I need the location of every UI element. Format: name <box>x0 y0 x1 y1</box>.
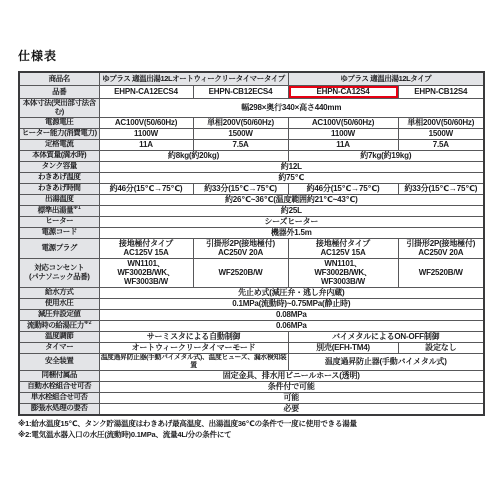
row-label-cell: 電源プラグ <box>19 238 99 258</box>
footnote-1: ※1:給水温度15℃、タンク貯湯温度はわきあげ最高温度、出湯温度36℃の条件で一… <box>18 419 483 430</box>
table-row: わきあげ時間約46分(15℃→75℃)約33分(15℃→75℃)約46分(15℃… <box>19 183 484 194</box>
spec-value-cell: 0.1MPa(流動時)~0.75MPa(静止時) <box>99 298 484 309</box>
spec-value-cell: 1500W <box>398 128 484 139</box>
spec-value-cell: 可能 <box>99 392 484 403</box>
spec-value-cell: 11A <box>288 139 398 150</box>
row-label-cell: ヒーター <box>19 216 99 227</box>
footnotes: ※1:給水温度15℃、タンク貯湯温度はわきあげ最高温度、出湯温度36℃の条件で一… <box>18 419 483 441</box>
footnote-2: ※2:電気温水器入口の水圧(流動時)0.1MPa、流量4L/分の条件にて <box>18 430 483 441</box>
spec-value-cell: 温度過昇防止器(手動バイメタル式)、温度ヒューズ、漏水検知装置 <box>99 353 288 370</box>
spec-value-cell: AC100V(50/60Hz) <box>99 117 193 128</box>
row-label-cell: ヒーター能力(消費電力) <box>19 128 99 139</box>
row-label-cell: 流動時の給湯圧力※2 <box>19 320 99 331</box>
table-row: タンク容量約12L <box>19 161 484 172</box>
row-label-cell: 電源コード <box>19 227 99 238</box>
spec-value-cell: バイメタルによるON-OFF制御 <box>288 331 484 342</box>
spec-value-cell: 接地極付タイプ AC125V 15A <box>288 238 398 258</box>
spec-sheet-page: 仕様表 商品名ゆプラス 適温出湯12Lオートウィークリータイマータイプゆプラス … <box>0 0 500 441</box>
table-row: 電源電圧AC100V(50/60Hz)単相200V(50/60Hz)AC100V… <box>19 117 484 128</box>
row-label-cell: 使用水圧 <box>19 298 99 309</box>
table-row: 安全装置温度過昇防止器(手動バイメタル式)、温度ヒューズ、漏水検知装置温度過昇防… <box>19 353 484 370</box>
spec-value-cell: 引掛形2P(接地極付) AC250V 20A <box>193 238 288 258</box>
highlighted-model-cell: EHPN-CA12S4 <box>288 86 398 99</box>
spec-value-cell: WN1101、 WF3002B/WK、 WF3003B/W <box>288 258 398 287</box>
table-row: 膨張水処理の要否必要 <box>19 403 484 415</box>
spec-value-cell: 1100W <box>99 128 193 139</box>
spec-value-cell: EHPN-CB12S4 <box>398 86 484 99</box>
footnote-marker: ※2 <box>84 320 92 326</box>
spec-value-cell: オートウィークリータイマーモード <box>99 342 288 353</box>
table-row: 出湯温度約26℃~36℃(温度範囲約21℃~43℃) <box>19 194 484 205</box>
spec-value-cell: 別売(EFH-TM4) <box>288 342 398 353</box>
table-row: 定格電流11A7.5A11A7.5A <box>19 139 484 150</box>
spec-value-cell: 条件付で可能 <box>99 381 484 392</box>
spec-value-cell: 0.06MPa <box>99 320 484 331</box>
row-label-cell: 出湯温度 <box>19 194 99 205</box>
spec-value-cell: 温度過昇防止器(手動バイメタル式) <box>288 353 484 370</box>
spec-value-cell: WF2520B/W <box>398 258 484 287</box>
spec-value-cell: 約12L <box>99 161 484 172</box>
table-row: 減圧弁設定値0.08MPa <box>19 309 484 320</box>
table-row: 品番EHPN-CA12ECS4EHPN-CB12ECS4EHPN-CA12S4E… <box>19 86 484 99</box>
row-label-cell: 膨張水処理の要否 <box>19 403 99 415</box>
spec-value-cell: WF2520B/W <box>193 258 288 287</box>
table-row: 同梱付属品固定金具、排水用ビニールホース(透明) <box>19 370 484 381</box>
spec-value-cell: 引掛形2P(接地極付) AC250V 20A <box>398 238 484 258</box>
spec-value-cell: 約25L <box>99 205 484 216</box>
spec-value-cell: 約46分(15℃→75℃) <box>288 183 398 194</box>
spec-value-cell: EHPN-CA12ECS4 <box>99 86 193 99</box>
spec-value-cell: 約8kg(約20kg) <box>99 150 288 161</box>
spec-value-cell: シーズヒーター <box>99 216 484 227</box>
row-label-cell: 品番 <box>19 86 99 99</box>
spec-value-cell: 約26℃~36℃(温度範囲約21℃~43℃) <box>99 194 484 205</box>
spec-value-cell: 設定なし <box>398 342 484 353</box>
footnote-marker: ※1 <box>73 205 81 211</box>
spec-value-cell: 約33分(15℃→75℃) <box>193 183 288 194</box>
spec-value-cell: 7.5A <box>193 139 288 150</box>
row-label-cell: わきあげ時間 <box>19 183 99 194</box>
table-row: 本体質量(満水時)約8kg(約20kg)約7kg(約19kg) <box>19 150 484 161</box>
spec-value-cell: 約33分(15℃→75℃) <box>398 183 484 194</box>
row-label-cell: 電源電圧 <box>19 117 99 128</box>
table-row: 流動時の給湯圧力※20.06MPa <box>19 320 484 331</box>
row-label-cell: 同梱付属品 <box>19 370 99 381</box>
table-row: 電源プラグ接地極付タイプ AC125V 15A引掛形2P(接地極付) AC250… <box>19 238 484 258</box>
spec-value-cell: 1100W <box>288 128 398 139</box>
page-title: 仕様表 <box>18 47 483 64</box>
table-row: タイマーオートウィークリータイマーモード別売(EFH-TM4)設定なし <box>19 342 484 353</box>
spec-table: 商品名ゆプラス 適温出湯12Lオートウィークリータイマータイプゆプラス 適温出湯… <box>18 71 485 416</box>
spec-value-cell: 1500W <box>193 128 288 139</box>
spec-value-cell: 約7kg(約19kg) <box>288 150 484 161</box>
row-label-cell: 自動水栓組合せ可否 <box>19 381 99 392</box>
spec-value-cell: 固定金具、排水用ビニールホース(透明) <box>99 370 484 381</box>
spec-value-cell: 幅298×奥行340×高さ440mm <box>99 99 484 118</box>
table-row: 本体寸法(突出部寸法含む)幅298×奥行340×高さ440mm <box>19 99 484 118</box>
table-row: わきあげ温度約75℃ <box>19 172 484 183</box>
row-label-cell: 定格電流 <box>19 139 99 150</box>
table-row: 商品名ゆプラス 適温出湯12Lオートウィークリータイマータイプゆプラス 適温出湯… <box>19 72 484 86</box>
spec-value-cell: 機器外1.5m <box>99 227 484 238</box>
row-label-cell: 本体質量(満水時) <box>19 150 99 161</box>
spec-value-cell: 0.08MPa <box>99 309 484 320</box>
spec-value-cell: 接地極付タイプ AC125V 15A <box>99 238 193 258</box>
row-label-cell: タイマー <box>19 342 99 353</box>
row-label-cell: 標準出湯量※1 <box>19 205 99 216</box>
spec-value-cell: 約75℃ <box>99 172 484 183</box>
row-label-cell: わきあげ温度 <box>19 172 99 183</box>
spec-value-cell: 単相200V(50/60Hz) <box>398 117 484 128</box>
table-row: ヒーターシーズヒーター <box>19 216 484 227</box>
row-label-cell: 対応コンセント (パナソニック品番) <box>19 258 99 287</box>
spec-value-cell: WN1101、 WF3002B/WK、 WF3003B/W <box>99 258 193 287</box>
spec-value-cell: 約46分(15℃→75℃) <box>99 183 193 194</box>
spec-value-cell: 7.5A <box>398 139 484 150</box>
table-row: 温度調節サーミスタによる自動制御バイメタルによるON-OFF制御 <box>19 331 484 342</box>
spec-value-cell: AC100V(50/60Hz) <box>288 117 398 128</box>
table-row: 標準出湯量※1約25L <box>19 205 484 216</box>
row-label-cell: 商品名 <box>19 72 99 86</box>
spec-value-cell: EHPN-CB12ECS4 <box>193 86 288 99</box>
spec-value-cell: サーミスタによる自動制御 <box>99 331 288 342</box>
spec-table-body: 商品名ゆプラス 適温出湯12Lオートウィークリータイマータイプゆプラス 適温出湯… <box>19 72 484 415</box>
row-label-cell: タンク容量 <box>19 161 99 172</box>
spec-value-cell: 単相200V(50/60Hz) <box>193 117 288 128</box>
row-label-cell: 給水方式 <box>19 287 99 298</box>
table-row: 自動水栓組合せ可否条件付で可能 <box>19 381 484 392</box>
spec-value-cell: 必要 <box>99 403 484 415</box>
spec-value-cell: ゆプラス 適温出湯12Lオートウィークリータイマータイプ <box>99 72 288 86</box>
table-row: 使用水圧0.1MPa(流動時)~0.75MPa(静止時) <box>19 298 484 309</box>
row-label-cell: 本体寸法(突出部寸法含む) <box>19 99 99 118</box>
table-row: 対応コンセント (パナソニック品番)WN1101、 WF3002B/WK、 WF… <box>19 258 484 287</box>
spec-value-cell: ゆプラス 適温出湯12Lタイプ <box>288 72 484 86</box>
spec-value-cell: 先止め式(減圧弁・逃し弁内蔵) <box>99 287 484 298</box>
row-label-cell: 安全装置 <box>19 353 99 370</box>
row-label-cell: 温度調節 <box>19 331 99 342</box>
table-row: 給水方式先止め式(減圧弁・逃し弁内蔵) <box>19 287 484 298</box>
row-label-cell: 減圧弁設定値 <box>19 309 99 320</box>
table-row: 単水栓組合せ可否可能 <box>19 392 484 403</box>
spec-value-cell: 11A <box>99 139 193 150</box>
table-row: 電源コード機器外1.5m <box>19 227 484 238</box>
table-row: ヒーター能力(消費電力)1100W1500W1100W1500W <box>19 128 484 139</box>
row-label-cell: 単水栓組合せ可否 <box>19 392 99 403</box>
